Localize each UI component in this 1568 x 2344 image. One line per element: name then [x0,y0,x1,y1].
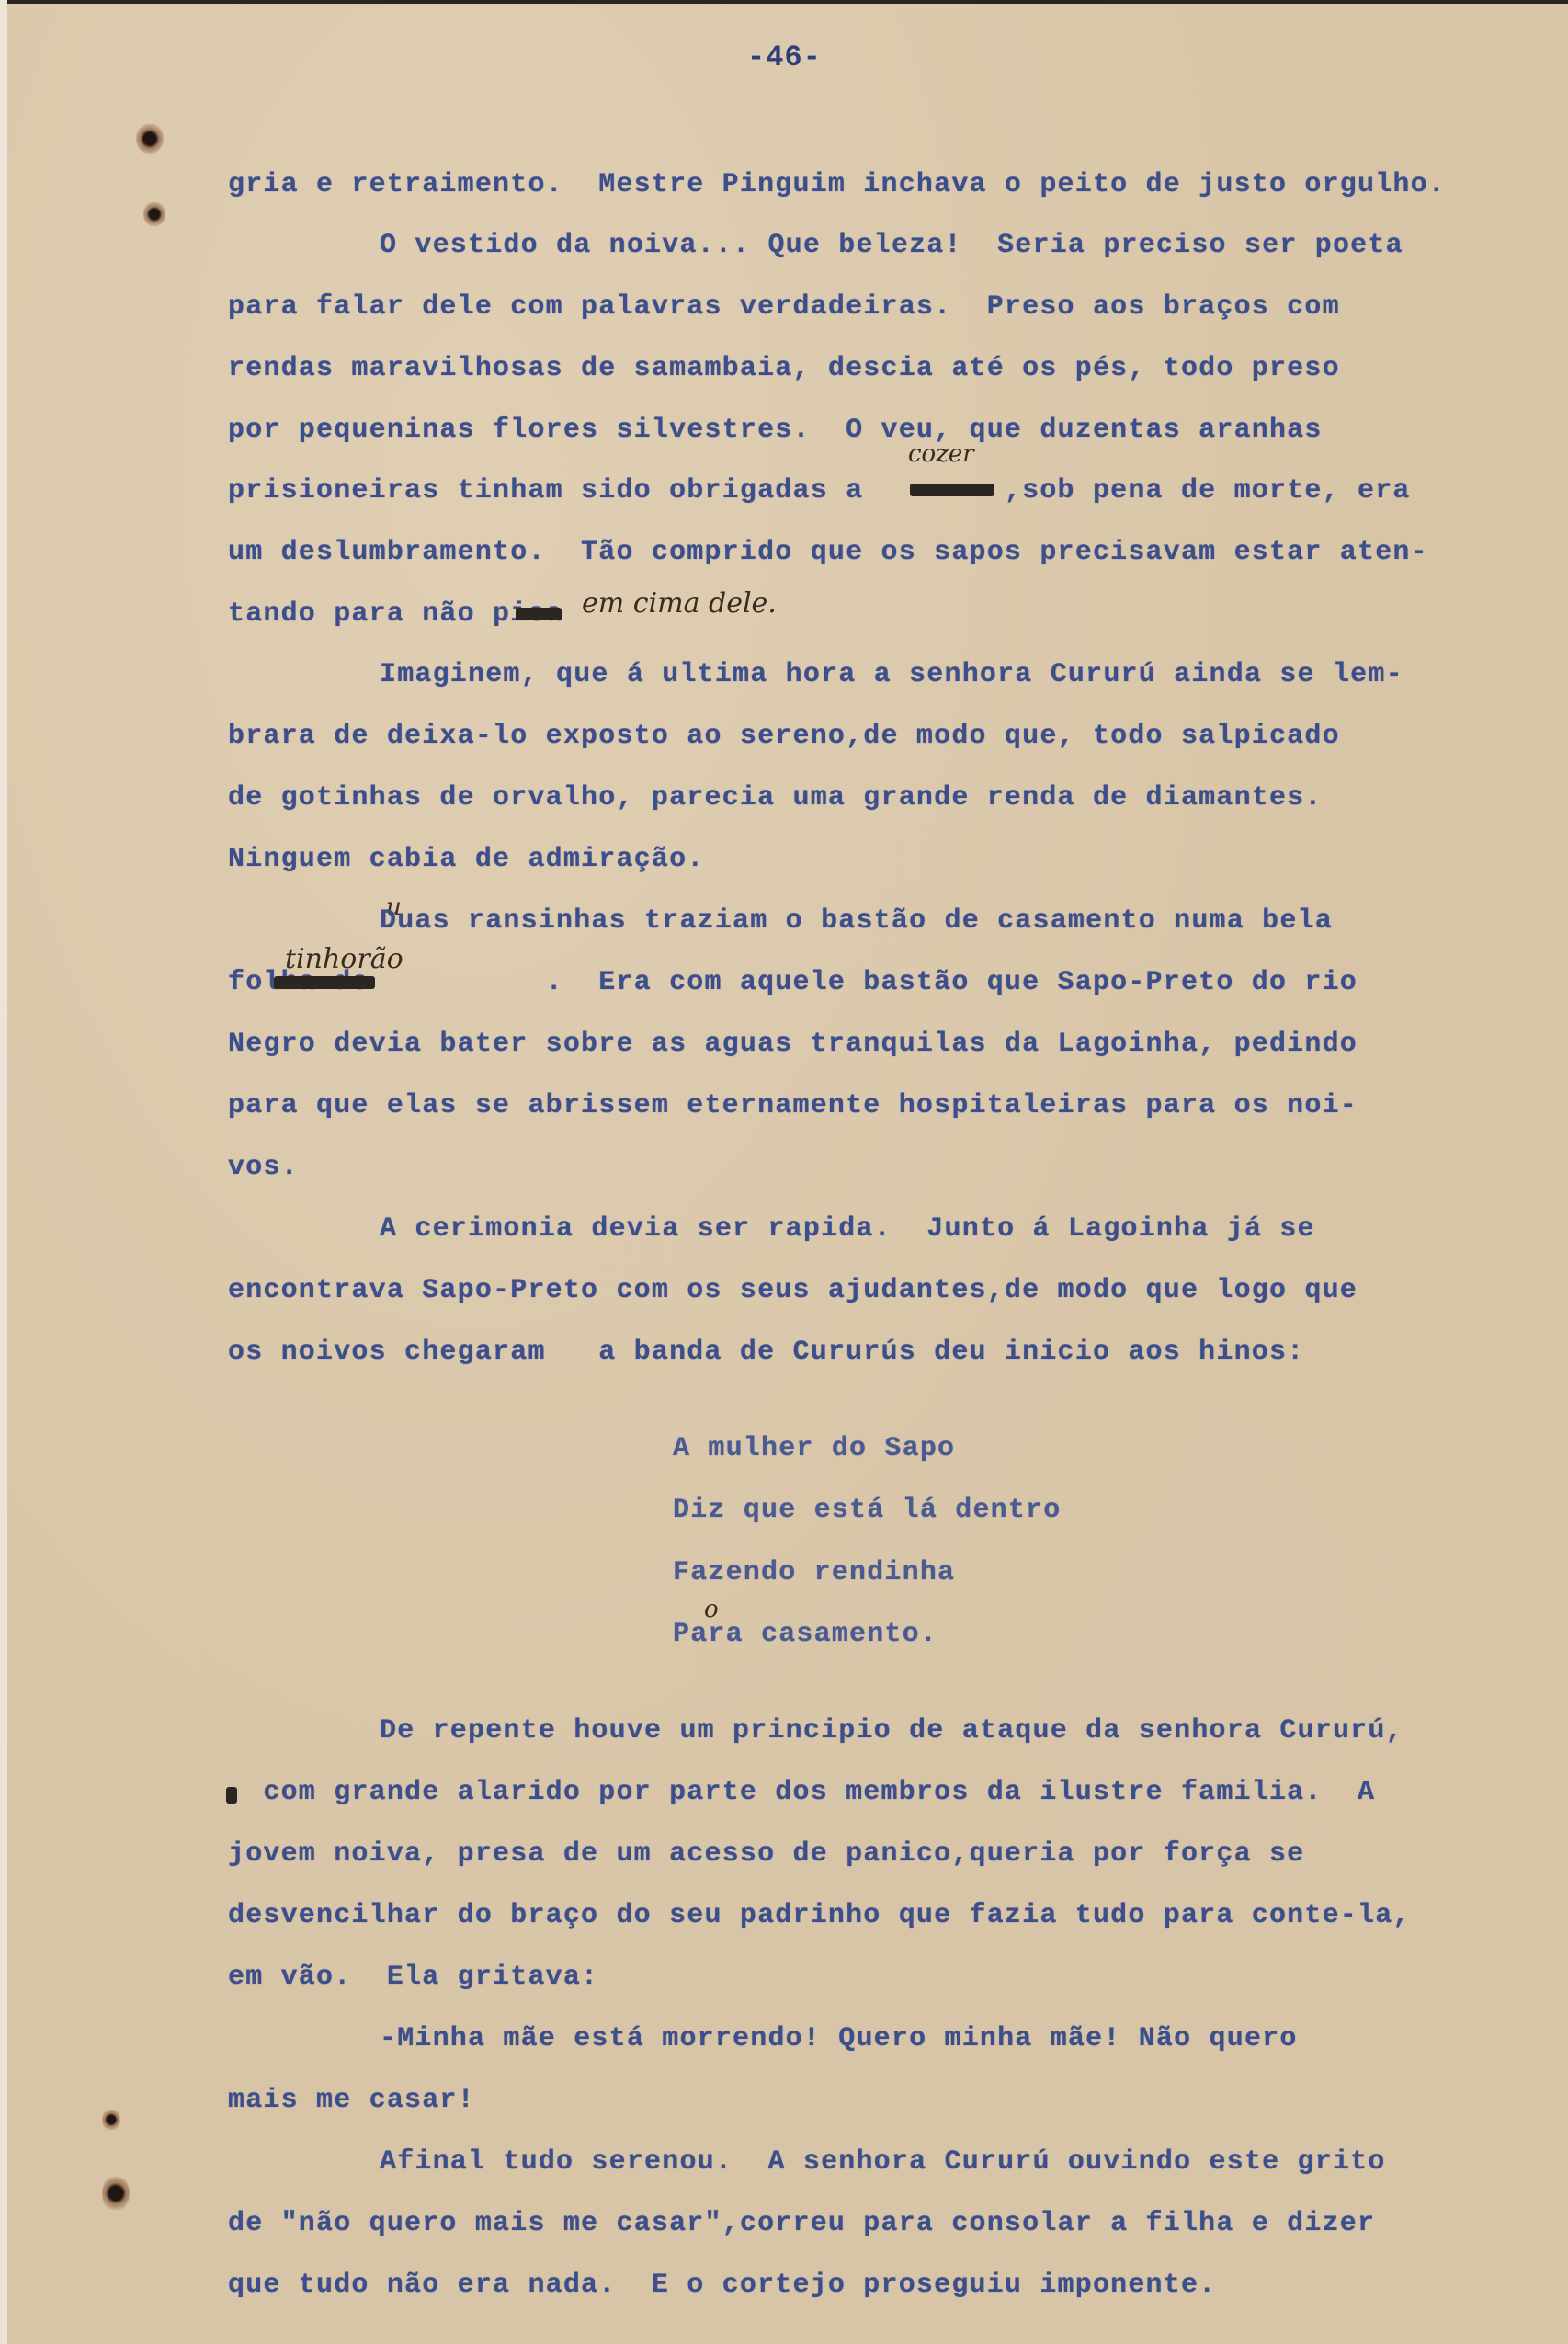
text-line: folha de . Era com aquele bastão que Sap… [228,967,1358,998]
text-line: que tudo não era nada. E o cortejo prose… [228,2270,1216,2301]
binding-hole [102,2109,120,2131]
strikeout-mark [274,976,375,989]
text-line: Ninguem cabia de admiração. [228,844,704,875]
scan-left-edge [0,0,7,2344]
text-line: de gotinhas de orvalho, parecia uma gran… [228,782,1323,814]
binding-hole [136,123,164,154]
text-line: Imaginem, que á ultima hora a senhora Cu… [380,659,1403,690]
text-line: prisioneiras tinham sido obrigadas a ,so… [228,475,1411,506]
text-line: tando para não pisa [228,598,563,630]
binding-hole [143,201,165,227]
binding-hole [102,2175,130,2212]
verse-line: Diz que está lá dentro [673,1495,1061,1526]
handwritten-insertion: em cima dele. [582,587,777,620]
text-line: De repente houve um principio de ataque … [380,1715,1403,1747]
text-line: de "não quero mais me casar",correu para… [228,2208,1375,2239]
handwritten-correction: cozer [908,440,974,468]
text-line: -Minha mãe está morrendo! Quero minha mã… [380,2023,1298,2054]
text-line: desvencilhar do braço do seu padrinho qu… [228,1900,1411,1931]
verse-line: Para casamento. [673,1619,937,1650]
text-line: por pequeninas flores silvestres. O veu,… [228,415,1323,446]
text-line: gria e retraimento. Mestre Pinguim incha… [228,169,1446,200]
text-line: Afinal tudo serenou. A senhora Cururú ou… [380,2146,1386,2178]
strikeout-mark [910,484,994,496]
text-line: A cerimonia devia ser rapida. Junto á La… [380,1213,1315,1245]
page-number: -46- [747,40,822,74]
text-line: para falar dele com palavras verdadeiras… [228,291,1340,323]
text-line: brara de deixa-lo exposto ao sereno,de m… [228,721,1340,752]
text-line: com grande alarido por parte dos membros… [228,1777,1375,1808]
text-line: encontrava Sapo-Preto com os seus ajudan… [228,1275,1358,1306]
text-line: O vestido da noiva... Que beleza! Seria … [380,230,1403,261]
text-line: um deslumbramento. Tão comprido que os s… [228,537,1428,568]
text-line: vos. [228,1152,299,1183]
manuscript-page: -46- gria e retraimento. Mestre Pinguim … [7,4,1568,2344]
text-line: para que elas se abrissem eternamente ho… [228,1090,1358,1121]
text-line: rendas maravilhosas de samambaia, descia… [228,353,1340,384]
verse-line: A mulher do Sapo [673,1433,955,1464]
strikeout-mark [516,608,562,620]
text-line: jovem noiva, presa de um acesso de panic… [228,1838,1304,1870]
text-line: Negro devia bater sobre as aguas tranqui… [228,1029,1358,1060]
text-line: em vão. Ela gritava: [228,1962,598,1993]
text-line: mais me casar! [228,2085,475,2116]
verse-line: Fazendo rendinha [673,1557,955,1588]
text-line: os noivos chegaram a banda de Cururús de… [228,1337,1304,1368]
strikeout-mark [226,1787,237,1804]
text-line: Duas ransinhas traziam o bastão de casam… [380,905,1333,937]
